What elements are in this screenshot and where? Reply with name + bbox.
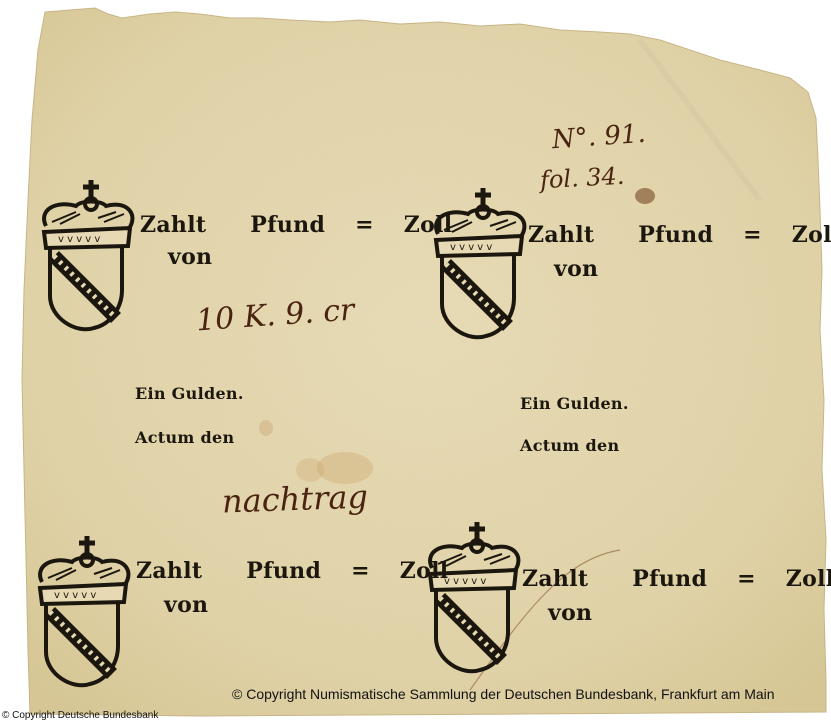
pfund-label: Pfund	[250, 212, 325, 238]
stamp-3-heading: Zahlt Pfund = Zoll	[136, 558, 448, 584]
pfund-label: Pfund	[246, 558, 321, 584]
handwritten-place: nachtrag	[221, 477, 368, 520]
copyright-overlay: © Copyright Numismatische Sammlung der D…	[232, 686, 775, 702]
stamp-1-von: von	[168, 244, 212, 270]
zahlt-label: Zahlt	[528, 222, 594, 248]
zahlt-label: Zahlt	[522, 566, 588, 592]
zahlt-label: Zahlt	[136, 558, 202, 584]
stamp-4-von: von	[548, 600, 592, 626]
separator: =	[355, 212, 374, 238]
zoll-label: Zoll	[786, 566, 831, 592]
stamp-4-heading: Zahlt Pfund = Zoll	[522, 566, 831, 592]
separator: =	[351, 558, 370, 584]
coat-of-arms-icon: v v v v v	[32, 534, 132, 694]
pfund-label: Pfund	[638, 222, 713, 248]
separator: =	[743, 222, 762, 248]
actum-left: Actum den	[135, 428, 234, 447]
coat-of-arms-icon: v v v v v	[36, 178, 136, 338]
handwritten-folio: fol. 34.	[539, 162, 625, 194]
denomination-right: Ein Gulden.	[520, 394, 629, 413]
pfund-label: Pfund	[632, 566, 707, 592]
coat-of-arms-icon: v v v v v	[422, 520, 522, 680]
denomination-left: Ein Gulden.	[135, 384, 244, 403]
stamp-3-von: von	[164, 592, 208, 618]
svg-text:v v v v v: v v v v v	[450, 242, 492, 253]
svg-text:v v v v v: v v v v v	[444, 576, 486, 587]
stamp-2-von: von	[554, 256, 598, 282]
stamp-2-heading: Zahlt Pfund = Zoll	[528, 222, 831, 248]
actum-right: Actum den	[520, 436, 619, 455]
zoll-label: Zoll	[404, 212, 453, 238]
zoll-label: Zoll	[400, 558, 449, 584]
zoll-label: Zoll	[792, 222, 831, 248]
coat-of-arms-icon: v v v v v	[428, 186, 528, 346]
copyright-caption: © Copyright Deutsche Bundesbank	[2, 710, 158, 721]
stamp-1-heading: Zahlt Pfund = Zoll	[140, 212, 452, 238]
svg-text:v v v v v: v v v v v	[54, 590, 96, 601]
separator: =	[737, 566, 756, 592]
zahlt-label: Zahlt	[140, 212, 206, 238]
svg-text:v v v v v: v v v v v	[58, 234, 100, 245]
